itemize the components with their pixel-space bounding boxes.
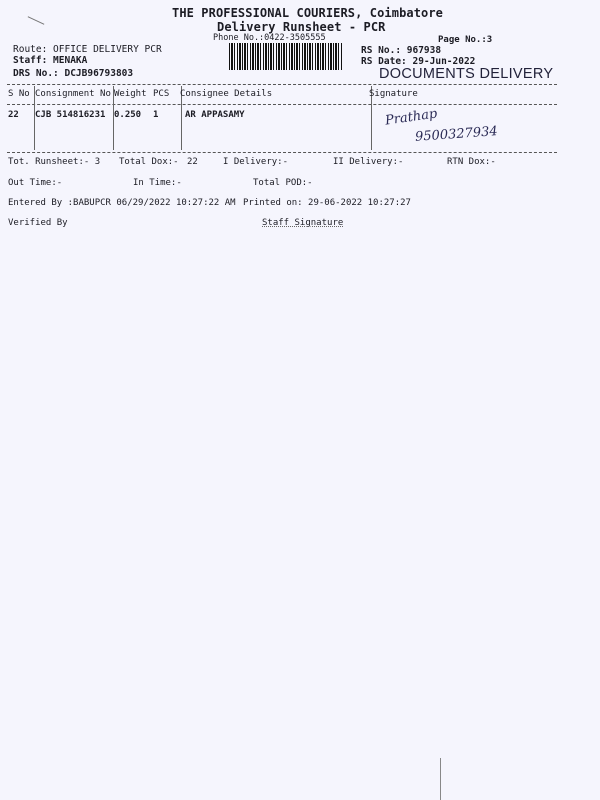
row-pcs: 1 [153, 110, 158, 120]
divider-bottom [7, 152, 557, 153]
scan-artifact-line [440, 758, 441, 800]
row-consignment-no: CJB 514816231 [35, 110, 105, 120]
total-dox-label: Total Dox:- [119, 157, 179, 167]
handwritten-signature-name: Prathap [384, 106, 438, 128]
column-header-consignee: Consignee Details [180, 89, 272, 99]
staff-signature: Staff Signature [262, 218, 343, 228]
rs-number: RS No.: 967938 [361, 45, 441, 56]
divider-header [7, 104, 557, 105]
column-header-weight: Weight [114, 89, 147, 99]
document-title: Delivery Runsheet - PCR [217, 20, 385, 34]
documents-delivery-label: DOCUMENTS DELIVERY [379, 66, 553, 82]
column-header-sno: S No [8, 89, 30, 99]
divider-top [7, 84, 557, 85]
handwritten-signature-phone: 9500327934 [415, 124, 499, 145]
second-delivery: II Delivery:- [333, 157, 403, 167]
first-delivery: I Delivery:- [223, 157, 288, 167]
column-header-pcs: PCS [153, 89, 169, 99]
column-header-consignment: Consignment No [35, 89, 111, 99]
scan-artifact-mark [28, 16, 45, 25]
in-time: In Time:- [133, 178, 182, 188]
out-time: Out Time:- [8, 178, 62, 188]
company-name: THE PROFESSIONAL COURIERS, Coimbatore [172, 6, 443, 20]
barcode [229, 43, 342, 70]
staff-label: Staff: MENAKA [13, 55, 87, 66]
verified-by: Verified By [8, 218, 68, 228]
return-dox: RTN Dox:- [447, 157, 496, 167]
drs-number: DRS No.: DCJB96793803 [13, 68, 133, 79]
route-label: Route: OFFICE DELIVERY PCR [13, 44, 162, 55]
entered-by: Entered By :BABUPCR 06/29/2022 10:27:22 … [8, 198, 236, 208]
phone-number: Phone No.:0422-3505555 [213, 33, 326, 43]
printed-on: Printed on: 29-06-2022 10:27:27 [243, 198, 411, 208]
total-runsheet: Tot. Runsheet:- 3 [8, 157, 100, 167]
row-sno: 22 [8, 110, 19, 120]
total-dox-value: 22 [187, 157, 198, 167]
column-header-signature: Signature [369, 89, 418, 99]
row-weight: 0.250 [114, 110, 141, 120]
total-pod: Total POD:- [253, 178, 313, 188]
page-number: Page No.:3 [438, 35, 492, 45]
row-consignee: AR APPASAMY [185, 110, 245, 120]
